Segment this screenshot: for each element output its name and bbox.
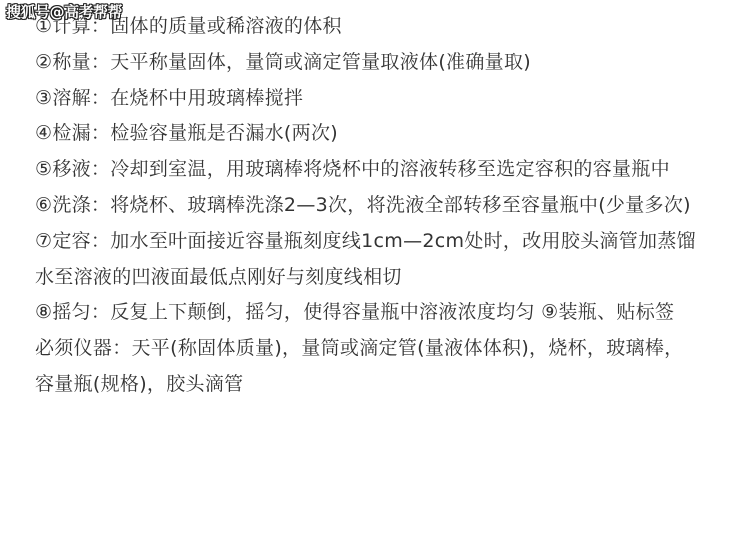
- article-body: ①计算：固体的质量或稀溶液的体积 ②称量：天平称量固体，量筒或滴定管量取液体(准…: [35, 9, 700, 403]
- step-shake-and-label: ⑧摇匀：反复上下颠倒，摇匀，使得容量瓶中溶液浓度均匀 ⑨装瓶、贴标签: [35, 295, 700, 331]
- step-calculate: ①计算：固体的质量或稀溶液的体积: [35, 9, 700, 45]
- step-dissolve: ③溶解：在烧杯中用玻璃棒搅拌: [35, 81, 700, 117]
- step-wash: ⑥洗涤：将烧杯、玻璃棒洗涤2—3次，将洗液全部转移至容量瓶中(少量多次): [35, 188, 700, 224]
- step-fix-volume: ⑦定容：加水至叶面接近容量瓶刻度线1cm—2cm处时，改用胶头滴管加蒸馏水至溶液…: [35, 224, 700, 296]
- step-transfer: ⑤移液：冷却到室温，用玻璃棒将烧杯中的溶液转移至选定容积的容量瓶中: [35, 152, 700, 188]
- step-weigh: ②称量：天平称量固体，量筒或滴定管量取液体(准确量取): [35, 45, 700, 81]
- watermark: 搜狐号@高考帮帮: [6, 3, 122, 21]
- required-instruments: 必须仪器：天平(称固体质量)，量筒或滴定管(量液体体积)，烧杯，玻璃棒，容量瓶(…: [35, 331, 700, 403]
- step-leak-check: ④检漏：检验容量瓶是否漏水(两次): [35, 116, 700, 152]
